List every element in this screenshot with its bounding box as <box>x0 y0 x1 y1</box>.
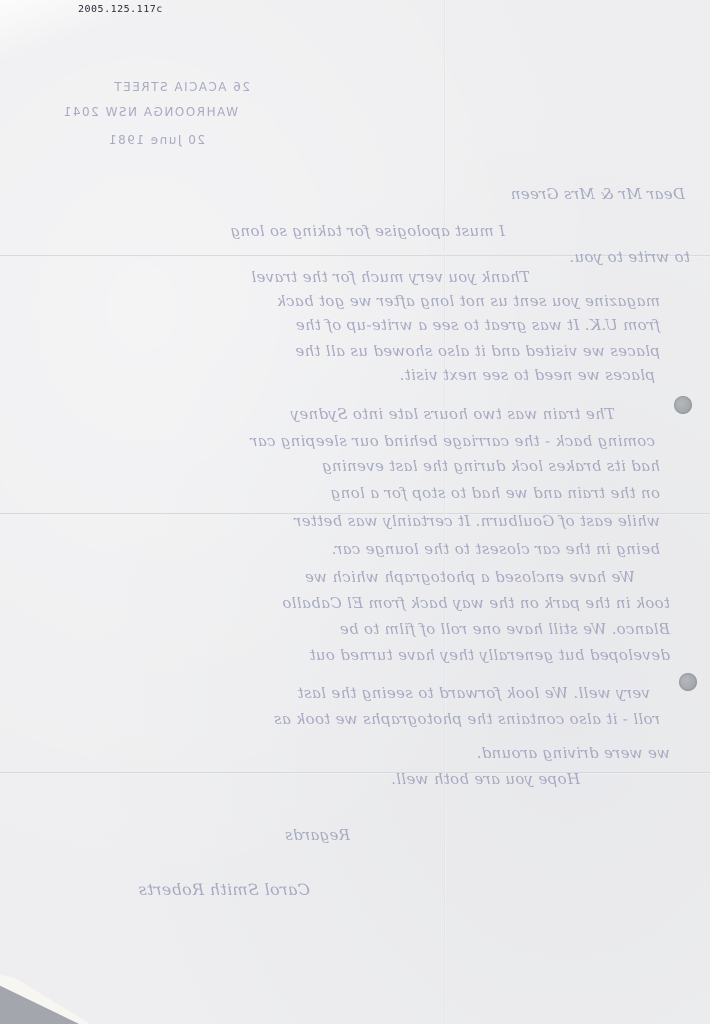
body-line: Thank you very much for the travel <box>100 268 530 286</box>
closing: Regards <box>240 826 350 844</box>
letter-date: 20 June 1981 <box>65 133 205 147</box>
salutation: Dear Mr & Mrs Green <box>445 185 685 203</box>
scanner-background <box>0 964 90 1024</box>
body-line: coming back - the carriage behind our sl… <box>35 432 655 450</box>
punch-hole <box>679 673 697 691</box>
body-line: from U.K. It was great to see a write-up… <box>40 316 660 334</box>
body-line: magazine you sent us not long after we g… <box>0 292 660 310</box>
reference-number: 2005.125.117c <box>78 4 163 15</box>
address-line-2: WAHROONGA NSW 2041 <box>28 105 238 119</box>
signature: Carol Smith Roberts <box>50 880 310 899</box>
body-line: roll - it also contains the photographs … <box>20 710 660 728</box>
body-line: while east of Goulburn. It certainly was… <box>45 512 660 530</box>
body-line: We have enclosed a photograph which we <box>75 568 635 586</box>
body-line: places we visited and it also showed us … <box>40 342 660 360</box>
body-line: developed but generally they have turned… <box>40 646 670 664</box>
punch-hole <box>674 396 692 414</box>
body-line: had its brakes lock during the last even… <box>50 457 660 475</box>
body-line: Hope you are both well. <box>280 770 580 788</box>
body-line: very well. We look forward to seeing the… <box>10 684 650 702</box>
body-line: to write to you. <box>540 248 690 266</box>
body-line: Blanco. We still have one roll of film t… <box>70 620 670 638</box>
letter-page: 2005.125.117c 26 ACACIA STREET WAHROONGA… <box>0 0 710 1024</box>
body-line: we were driving around. <box>350 744 670 762</box>
body-line: places we need to see next visit. <box>255 366 655 384</box>
body-line: being in the car closest to the lounge c… <box>70 540 660 558</box>
body-line: I must apologise for taking so long <box>15 222 505 240</box>
address-line-1: 26 ACACIA STREET <box>40 80 250 94</box>
body-line: on the train and we had to stop for a lo… <box>40 484 660 502</box>
body-line: took in the park on the way back from El… <box>10 594 670 612</box>
body-line: The train was two hours late into Sydney <box>65 405 615 423</box>
